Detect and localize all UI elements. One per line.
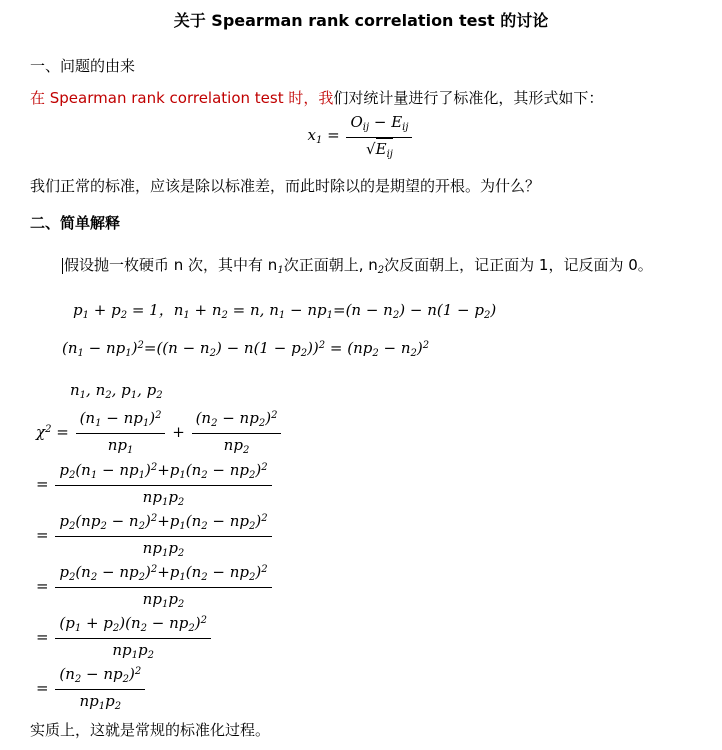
fraction: Oij − Eij√Eij (344, 112, 414, 161)
fraction: p2(np2 − n2)2+p1(n2 − np2)2np1p2 (53, 511, 273, 560)
equation-step-2: = p2(np2 − n2)2+p1(n2 − np2)2np1p2 (36, 511, 722, 560)
section-1-heading: 一、问题的由来 (30, 57, 722, 75)
section-2-setup-text: 假设抛一枚硬币 n 次，其中有 n1次正面朝上, n2次反面朝上，记正面为 1，… (64, 256, 653, 274)
fraction: p2(n1 − np1)2+p1(n2 − np2)2np1p2 (53, 460, 273, 509)
section-1-intro: 在 Spearman rank correlation test 时，我们对统计… (30, 88, 698, 108)
equation-text: = (36, 679, 53, 697)
fraction-numerator: Oij − Eij (346, 112, 412, 138)
conclusion-text: 实质上，这就是常规的标准化过程。 (30, 720, 698, 740)
equation-identities: p1 + p2 = 1，n1 + n2 = n, n1 − np1=(n − n… (73, 301, 722, 322)
radicand: Eij (376, 138, 393, 158)
fraction: p2(n2 − np2)2+p1(n2 − np2)2np1p2 (53, 562, 273, 611)
equation-text: p1 + p2 = 1，n1 + n2 = n, n1 − np1=(n − n… (73, 301, 496, 319)
fraction: (n2 − np2)2np1p2 (53, 664, 147, 713)
equation-text: n1, n2, p1, p2 (70, 381, 163, 399)
fraction-denominator: np1 (76, 434, 166, 458)
section-1-intro-black-text: 们对统计量进行了标准化，其形式如下： (333, 89, 603, 107)
fraction-denominator: np2 (192, 434, 282, 458)
equation-chi-square: χ2 = (n1 − np1)2np1 + (n2 − np2)2np2 (36, 408, 722, 458)
fraction-denominator: np1p2 (55, 690, 145, 714)
fraction-numerator: (p1 + p2)(n2 − np2)2 (55, 613, 211, 639)
equation-squared: (n1 − np1)2=((n − n2) − n(1 − p2))2 = (n… (62, 339, 722, 360)
section-1-intro-red-text: 在 Spearman rank correlation test 时，我 (30, 89, 333, 107)
equation-text: = (36, 628, 53, 646)
fraction-denominator: np1p2 (55, 537, 271, 561)
equation-text: + (167, 423, 189, 441)
equation-text: x1 = (308, 126, 345, 144)
fraction: (p1 + p2)(n2 − np2)2np1p2 (53, 613, 213, 662)
equation-text: χ2 = (36, 423, 74, 441)
equation-text: = (36, 577, 53, 595)
fraction: (n1 − np1)2np1 (74, 408, 168, 457)
equation-x1-standardization: x1 = Oij − Eij√Eij (0, 112, 722, 166)
fraction-numerator: p2(n1 − np1)2+p1(n2 − np2)2 (55, 460, 271, 486)
radical-sign: √ (366, 140, 376, 158)
fraction-numerator: (n2 − np2)2 (55, 664, 145, 690)
fraction-numerator: (n2 − np2)2 (192, 408, 282, 434)
equation-variables: n1, n2, p1, p2 (70, 381, 722, 402)
equation-step-5: = (n2 − np2)2np1p2 (36, 664, 722, 713)
fraction-denominator: np1p2 (55, 486, 271, 510)
section-1-question: 我们正常的标准，应该是除以标准差，而此时除以的是期望的开根。为什么？ (30, 176, 698, 196)
fraction-denominator: np1p2 (55, 588, 271, 612)
document-title: 关于 Spearman rank correlation test 的讨论 (0, 0, 722, 30)
equation-text: = (36, 526, 53, 544)
fraction-numerator: p2(np2 − n2)2+p1(n2 − np2)2 (55, 511, 271, 537)
equation-text: (n1 − np1)2=((n − n2) − n(1 − p2))2 = (n… (62, 339, 429, 357)
fraction-numerator: p2(n2 − np2)2+p1(n2 − np2)2 (55, 562, 271, 588)
section-2-heading: 二、简单解释 (30, 214, 722, 232)
equation-step-3: = p2(n2 − np2)2+p1(n2 − np2)2np1p2 (36, 562, 722, 611)
text-cursor (62, 258, 63, 274)
section-2-setup: 假设抛一枚硬币 n 次，其中有 n1次正面朝上, n2次反面朝上，记正面为 1，… (62, 255, 698, 278)
fraction-denominator: √Eij (346, 138, 412, 162)
fraction: (n2 − np2)2np2 (190, 408, 284, 457)
equation-step-4: = (p1 + p2)(n2 − np2)2np1p2 (36, 613, 722, 662)
equation-step-1: = p2(n1 − np1)2+p1(n2 − np2)2np1p2 (36, 460, 722, 509)
equation-text: = (36, 475, 53, 493)
fraction-denominator: np1p2 (55, 639, 211, 663)
document-page: 关于 Spearman rank correlation test 的讨论 一、… (0, 0, 722, 750)
fraction-numerator: (n1 − np1)2 (76, 408, 166, 434)
